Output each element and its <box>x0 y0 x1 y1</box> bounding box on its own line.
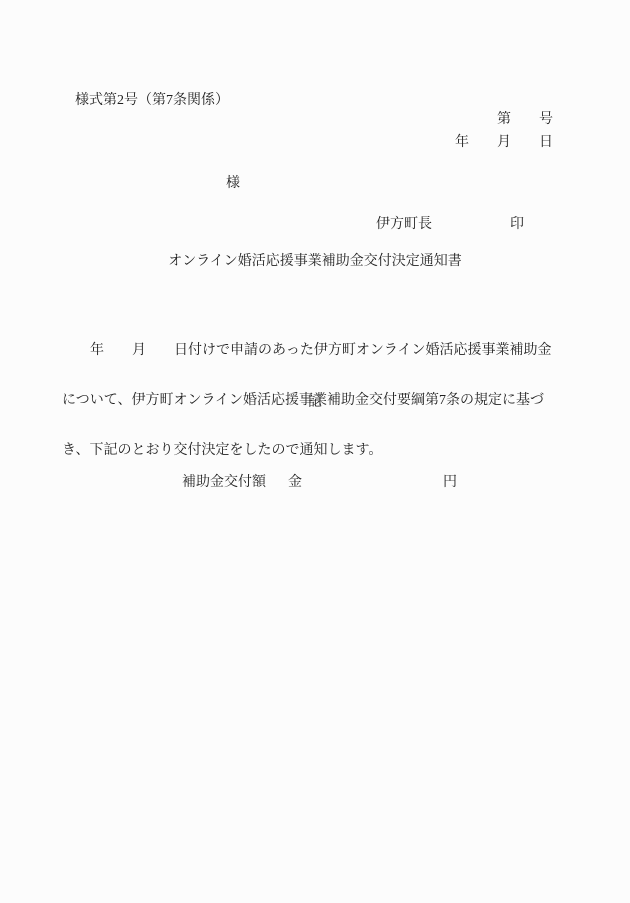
document-title: オンライン婚活応援事業補助金交付決定通知書 <box>0 255 630 269</box>
sender-title: 伊方町長 <box>376 218 432 232</box>
amount-line: 補助金交付額 金 円 <box>0 476 630 490</box>
sender-line: 伊方町長 印 <box>0 218 630 232</box>
seal-placeholder: 印 <box>510 218 524 232</box>
form-number-label: 様式第2号（第7条関係） <box>75 94 229 108</box>
amount-label: 補助金交付額 <box>182 476 266 490</box>
document-page: 様式第2号（第7条関係） 第 号 年 月 日 様 伊方町長 印 オンライン婚活応… <box>0 0 630 903</box>
record-marker: 記 <box>0 396 630 410</box>
document-number-blank-line: 第 号 <box>497 113 553 127</box>
amount-unit: 円 <box>443 476 457 490</box>
body-line-3: き、下記のとおり交付決定をしたので通知します。 <box>62 440 574 462</box>
addressee-honorific: 様 <box>226 177 240 191</box>
body-line-1: 年 月 日付けで申請のあった伊方町オンライン婚活応援事業補助金 <box>62 340 574 362</box>
date-blank-line: 年 月 日 <box>455 136 553 150</box>
amount-currency-prefix: 金 <box>288 476 302 490</box>
